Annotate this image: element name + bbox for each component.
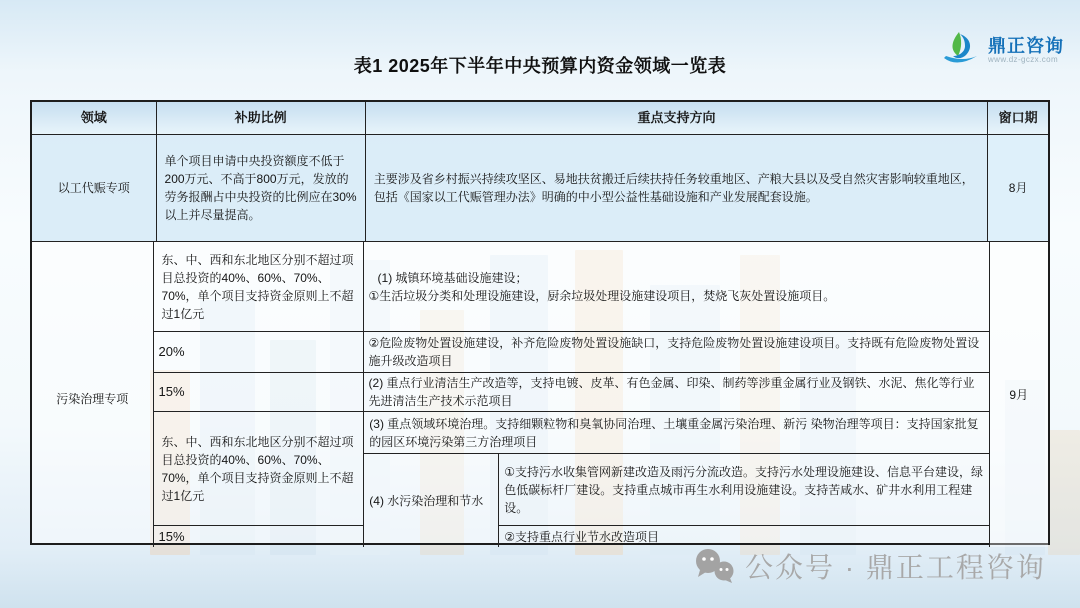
support-urban-env-line1: (1) 城镇环境基础设施建设； bbox=[369, 269, 984, 287]
support-urban-env: (1) 城镇环境基础设施建设； ①生活垃圾分类和处理设施建设，厨余垃圾处理设施建… bbox=[364, 242, 989, 332]
header-window: 窗口期 bbox=[988, 102, 1048, 135]
subsidy-region-cap-2: 东、中、西和东北地区分别不超过项目总投资的40%、60%、70%、70%，单个项… bbox=[154, 412, 364, 526]
water-pollution-block: (4) 水污染治理和节水 ①支持污水收集管网新建改造及雨污分流改造。支持污水处理… bbox=[364, 454, 988, 547]
logo-url: www.dz-gczx.com bbox=[988, 56, 1064, 64]
watermark: 公众号 · 鼎正工程咨询 bbox=[693, 546, 1046, 586]
subsidy-15pct-1: 15% bbox=[154, 373, 364, 412]
pollution-field: 污染治理专项 bbox=[32, 242, 154, 547]
logo: 鼎正咨询 www.dz-gczx.com bbox=[941, 30, 1064, 72]
subrow-d-subsidy-column: 东、中、西和东北地区分别不超过项目总投资的40%、60%、70%、70%，单个项… bbox=[154, 412, 365, 547]
page: 表1 2025年下半年中央预算内资金领域一览表 鼎正咨询 www.dz-gczx… bbox=[0, 0, 1080, 608]
subrow-c: 15% (2) 重点行业清洁生产改造等，支持电镀、皮革、有色金属、印染、制药等涉… bbox=[154, 373, 989, 412]
support-clean-production: (2) 重点行业清洁生产改造等，支持电镀、皮革、有色金属、印染、制药等涉重金属行… bbox=[364, 373, 989, 412]
subrow-b: 20% ②危险废物处置设施建设，补齐危险废物处置设施缺口，支持危险废物处置设施建… bbox=[154, 332, 989, 373]
subrow-d-support-column: (3) 重点领域环境治理。支持细颗粒物和臭氧协同治理、土壤重金属污染治理、新污 … bbox=[364, 412, 988, 547]
table-header-row: 领域 补助比例 重点支持方向 窗口期 bbox=[32, 102, 1048, 135]
header-support: 重点支持方向 bbox=[366, 102, 988, 135]
support-key-env-governance: (3) 重点领域环境治理。支持细颗粒物和臭氧协同治理、土壤重金属污染治理、新污 … bbox=[364, 412, 988, 454]
support-urban-env-line2: ①生活垃圾分类和处理设施建设，厨余垃圾处理设施建设项目，焚烧飞灰处置设施项目。 bbox=[369, 287, 984, 305]
support-hazardous-waste: ②危险废物处置设施建设，补齐危险废物处置设施缺口，支持危险废物处置设施建设项目。… bbox=[364, 332, 989, 373]
subsidy-region-cap-1: 东、中、西和东北地区分别不超过项目总投资的40%、60%、70%、70%，单个项… bbox=[154, 242, 364, 332]
logo-name: 鼎正咨询 bbox=[988, 37, 1064, 56]
labor-window: 8月 bbox=[988, 135, 1048, 242]
subsidy-20pct: 20% bbox=[154, 332, 364, 373]
header-subsidy: 补助比例 bbox=[157, 102, 366, 135]
pollution-window: 9月 bbox=[990, 242, 1048, 547]
subrow-d: 东、中、西和东北地区分别不超过项目总投资的40%、60%、70%、70%，单个项… bbox=[154, 412, 989, 547]
page-title: 表1 2025年下半年中央预算内资金领域一览表 bbox=[0, 52, 1080, 78]
logo-icon bbox=[941, 30, 981, 72]
water-pollution-items: ①支持污水收集管网新建改造及雨污分流改造。支持污水处理设施建设、信息平台建设，绿… bbox=[499, 454, 988, 547]
support-sewage-network: ①支持污水收集管网新建改造及雨污分流改造。支持污水处理设施建设、信息平台建设，绿… bbox=[499, 454, 988, 526]
subrow-a: 东、中、西和东北地区分别不超过项目总投资的40%、60%、70%、70%，单个项… bbox=[154, 242, 989, 332]
support-water-saving: ②支持重点行业节水改造项目 bbox=[499, 526, 988, 547]
labor-field: 以工代赈专项 bbox=[32, 135, 157, 242]
table-row-pollution: 污染治理专项 东、中、西和东北地区分别不超过项目总投资的40%、60%、70%、… bbox=[32, 242, 1048, 547]
funding-table: 领域 补助比例 重点支持方向 窗口期 以工代赈专项 单个项目申请中央投资额度不低… bbox=[30, 100, 1050, 545]
table-row-labor: 以工代赈专项 单个项目申请中央投资额度不低于200万元、不高于800万元，发放的… bbox=[32, 135, 1048, 242]
wechat-icon bbox=[693, 548, 735, 584]
labor-subsidy: 单个项目申请中央投资额度不低于200万元、不高于800万元，发放的劳务报酬占中央… bbox=[157, 135, 366, 242]
labor-support: 主要涉及省乡村振兴持续攻坚区、易地扶贫搬迁后续扶持任务较重地区、产粮大县以及受自… bbox=[366, 135, 988, 242]
pollution-subtable: 东、中、西和东北地区分别不超过项目总投资的40%、60%、70%、70%，单个项… bbox=[154, 242, 990, 547]
watermark-text: 公众号 · 鼎正工程咨询 bbox=[745, 546, 1046, 586]
subsidy-15pct-2: 15% bbox=[154, 526, 364, 547]
support-water-label: (4) 水污染治理和节水 bbox=[364, 454, 499, 547]
header-field: 领域 bbox=[32, 102, 157, 135]
